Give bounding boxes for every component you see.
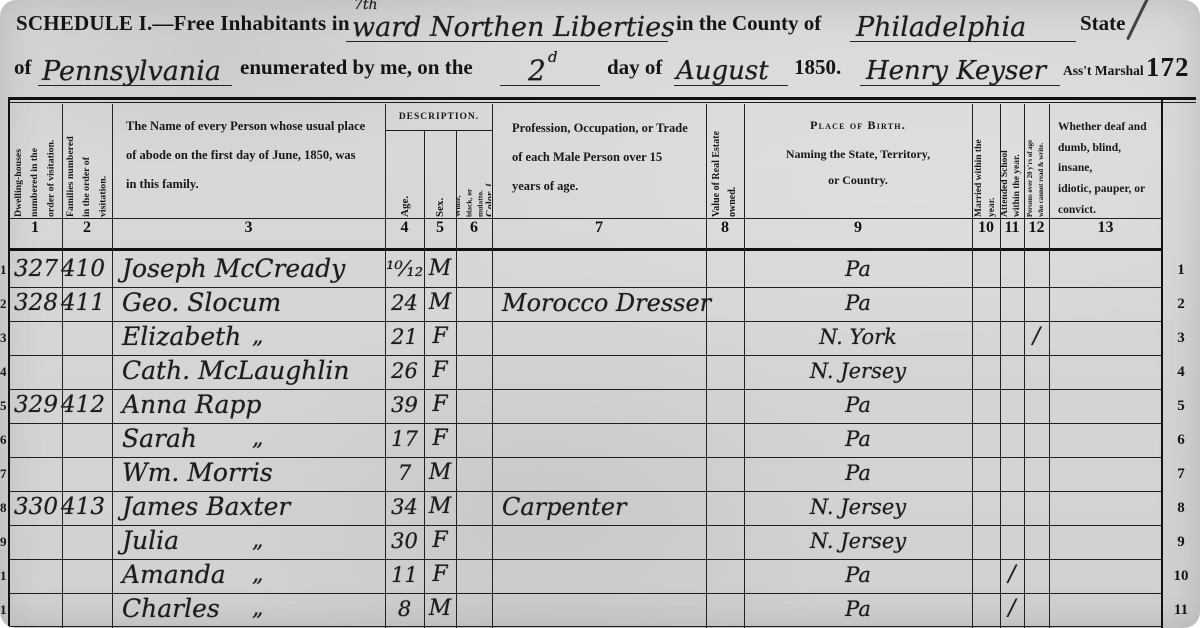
line-number-left: 1 [0,253,7,287]
table-row: 2 328 411 Geo. Slocum 24 M Morocco Dress… [0,287,1200,321]
column-header-profession: Profession, Occupation, or Trade of each… [512,114,702,200]
table-row: 10 Amanda „ 11 F Pa / 10 [0,559,1200,593]
cannot-read-mark [1025,593,1048,627]
color-options-text: White, black, or mulatto. [457,131,485,217]
line-number-right: 8 [1167,491,1195,525]
birthplace-value: Pa [745,423,971,457]
birthplace-value: N. Jersey [745,355,971,389]
person-name: Charles [122,593,220,627]
line-number-right: 11 [1167,593,1195,627]
line-number-right: 3 [1167,321,1195,355]
dwelling-number: 329 [10,389,62,423]
column-number: 2 [63,219,111,248]
line-number-left: 4 [0,355,7,389]
table-row: 4 Cath. McLaughlin 26 F N. Jersey 4 [0,355,1200,389]
day-value: 2 [528,54,546,87]
dwelling-number [10,593,62,627]
column-number: 5 [425,219,455,248]
line-number-left: 7 [0,457,7,491]
cannot-read-mark [1025,491,1048,525]
cannot-read-mark: / [1025,321,1048,355]
cannot-read-mark [1025,525,1048,559]
occupation-value: Morocco Dresser [502,287,711,321]
attended-school-mark [1001,423,1023,457]
dwelling-number: 330 [10,491,62,525]
county-value: Philadelphia [856,12,1026,43]
column-number: 11 [1001,219,1023,248]
person-name: Anna Rapp [122,389,261,423]
state-value: Pennsylvania [42,56,221,87]
line-number-left: 2 [0,287,7,321]
column-header-age: Age. [386,131,423,217]
dwelling-number [10,355,62,389]
birthplace-value: Pa [745,253,971,287]
attended-school-mark [1001,525,1023,559]
district-value: ward Northen Liberties [352,12,675,43]
birthplace-value: Pa [745,287,971,321]
line-number-left: 11 [0,593,7,627]
sex-value: F [424,389,456,423]
dwelling-number [10,457,62,491]
color-label-text: Color, { [485,131,491,217]
occupation-value: Carpenter [502,491,627,525]
sex-value: F [424,525,456,559]
dwelling-number [10,559,62,593]
cannot-read-mark [1025,423,1048,457]
sex-value: M [424,457,456,491]
cannot-read-mark [1025,457,1048,491]
age-value: 34 [386,491,423,525]
cannot-read-mark [1025,389,1048,423]
cannot-read-mark [1025,355,1048,389]
dwelling-number: 328 [10,287,62,321]
family-number [56,593,110,627]
column-header-text: Value of Real Estate owned. [709,105,741,217]
attended-school-mark [1001,355,1023,389]
attended-school-mark [1001,253,1023,287]
person-name: Elizabeth [122,321,241,355]
sex-value: F [424,559,456,593]
table-row: 3 Elizabeth „ 21 F N. York / 3 [0,321,1200,355]
age-value: 17 [386,423,423,457]
page-number: 172 [1146,52,1190,83]
family-number [56,321,110,355]
column-number: 4 [386,219,423,248]
birthplace-value: Pa [745,559,971,593]
age-value: 8 [386,593,423,627]
table-top-rule-heavy [8,97,1196,100]
age-value: 30 [386,525,423,559]
line-number-right: 10 [1167,559,1195,593]
person-name: Amanda [122,559,226,593]
birthplace-title: Place of Birth. [745,118,971,133]
line-number-right: 5 [1167,389,1195,423]
line-number-right: 9 [1167,525,1195,559]
form-header: SCHEDULE I.—Free Inhabitants in 7th ward… [0,0,1200,96]
line-number-left: 10 [0,559,7,593]
line-number-right: 7 [1167,457,1195,491]
column-number: 8 [707,219,743,248]
attended-school-mark [1001,287,1023,321]
family-number: 412 [56,389,110,423]
cannot-read-mark [1025,253,1048,287]
number-row-rule-heavy [8,248,1161,251]
column-header-school: Attended School within the year. [1001,105,1023,217]
column-header-text: Dwelling-houses numbered in the order of… [11,105,59,217]
line-number-right: 6 [1167,423,1195,457]
line-number-right: 4 [1167,355,1195,389]
table-row: 8 330 413 James Baxter 34 M Carpenter N.… [0,491,1200,525]
sex-value: M [424,593,456,627]
column-number: 3 [113,219,384,248]
family-number: 411 [56,287,110,321]
birthplace-subtitle: Naming the State, Territory, or Country. [745,141,971,194]
year-label: 1850. [794,55,841,80]
column-header-real-estate: Value of Real Estate owned. [707,105,743,217]
age-value: 7 [386,457,423,491]
table-top-rule-thin [8,102,1196,103]
column-number: 13 [1050,219,1161,248]
family-number: 410 [56,253,110,287]
age-value: 26 [386,355,423,389]
age-value: 11 [386,559,423,593]
table-row: 9 Julia „ 30 F N. Jersey 9 [0,525,1200,559]
cannot-read-mark [1025,287,1048,321]
column-header-sex: Sex. [425,131,455,217]
state-label: State [1080,11,1126,36]
age-value: 24 [386,287,423,321]
table-row: 11 Charles „ 8 M Pa / 11 [0,593,1200,627]
line-number-right: 1 [1167,253,1195,287]
column-header-color: White, black, or mulatto. Color, { [457,131,491,217]
attended-school-mark: / [1001,593,1023,627]
birthplace-value: N. Jersey [745,525,971,559]
person-name: Wm. Morris [122,457,273,491]
column-header-condition: Whether deaf and dumb, blind, insane, id… [1058,117,1158,220]
person-name: Geo. Slocum [122,287,281,321]
ditto-mark: „ [252,321,263,355]
month-value: August [676,56,769,86]
sex-value: F [424,321,456,355]
day-of-label: day of [607,55,662,80]
marshal-title-label: Ass't Marshal [1063,63,1144,79]
dwelling-number: 327 [10,253,62,287]
line-number-left: 9 [0,525,7,559]
column-number: 7 [493,219,705,248]
column-number: 9 [745,219,971,248]
sex-value: M [424,287,456,321]
enumerated-label: enumerated by me, on the [240,55,473,80]
column-header-name: The Name of every Person whose usual pla… [126,112,382,198]
person-name: James Baxter [122,491,290,525]
column-header-cannot-read: Persons over 20 y'rs of age who cannot r… [1025,105,1048,217]
attended-school-mark [1001,389,1023,423]
column-number: 6 [457,219,491,248]
attended-school-mark [1001,491,1023,525]
census-scan-page: SCHEDULE I.—Free Inhabitants in 7th ward… [0,0,1200,628]
column-header-married: Married within the year. [973,105,999,217]
family-number [56,559,110,593]
ditto-mark: „ [252,559,263,593]
birthplace-value: Pa [745,457,971,491]
family-number [56,457,110,491]
description-group-label: DESCRIPTION. [386,104,492,130]
column-header-text: Attended School within the year. [1001,105,1023,217]
line-number-right: 2 [1167,287,1195,321]
column-header-families: Families numbered in the order of visita… [63,105,111,217]
family-number [56,355,110,389]
column-header-text: Age. [399,131,411,217]
column-header-text: Families numbered in the order of visita… [63,105,111,217]
ditto-mark: „ [252,423,263,457]
birthplace-value: Pa [745,593,971,627]
attended-school-mark [1001,321,1023,355]
line-number-left: 8 [0,491,7,525]
age-value: 39 [386,389,423,423]
line-number-left: 3 [0,321,7,355]
dwelling-number [10,423,62,457]
sex-value: M [424,491,456,525]
column-header-birthplace: Place of Birth. Naming the State, Territ… [745,118,971,194]
age-value: 21 [386,321,423,355]
line-number-left: 6 [0,423,7,457]
table-row: 5 329 412 Anna Rapp 39 F Pa 5 [0,389,1200,423]
table-row: 7 Wm. Morris 7 M Pa 7 [0,457,1200,491]
dwelling-number [10,525,62,559]
column-number: 1 [9,219,61,248]
column-header-text: Married within the year. [973,105,999,217]
person-name: Julia [122,525,179,559]
column-number: 12 [1025,219,1048,248]
family-number [56,525,110,559]
table-row: 6 Sarah „ 17 F Pa 6 [0,423,1200,457]
ditto-mark: „ [252,525,263,559]
family-number [56,423,110,457]
schedule-label: SCHEDULE I.—Free Inhabitants in [16,11,350,36]
ditto-mark: „ [252,593,263,627]
person-name: Sarah [122,423,197,457]
marshal-signature: Henry Keyser [866,56,1046,86]
county-label: in the County of [676,11,821,36]
column-header-text: Sex. [434,131,446,217]
sex-value: M [424,253,456,287]
column-header-dwelling: Dwelling-houses numbered in the order of… [9,105,61,217]
birthplace-value: Pa [745,389,971,423]
person-name: Joseph McCready [122,253,345,287]
dwelling-number [10,321,62,355]
sex-value: F [424,423,456,457]
day-suffix: d [548,48,558,66]
birthplace-value: N. York [745,321,971,355]
person-name: Cath. McLaughlin [122,355,349,389]
census-document: SCHEDULE I.—Free Inhabitants in 7th ward… [0,0,1200,628]
attended-school-mark: / [1001,559,1023,593]
pen-stroke-mark [1126,0,1148,40]
column-number: 10 [973,219,999,248]
cannot-read-mark [1025,559,1048,593]
column-header-text: Persons over 20 y'rs of age who cannot r… [1026,105,1048,217]
birthplace-value: N. Jersey [745,491,971,525]
table-row: 1 327 410 Joseph McCready ¹⁰⁄₁₂ M Pa 1 [0,253,1200,287]
family-number: 413 [56,491,110,525]
attended-school-mark [1001,457,1023,491]
age-value: ¹⁰⁄₁₂ [386,253,423,287]
line-number-left: 5 [0,389,7,423]
of-label: of [14,55,32,80]
sex-value: F [424,355,456,389]
